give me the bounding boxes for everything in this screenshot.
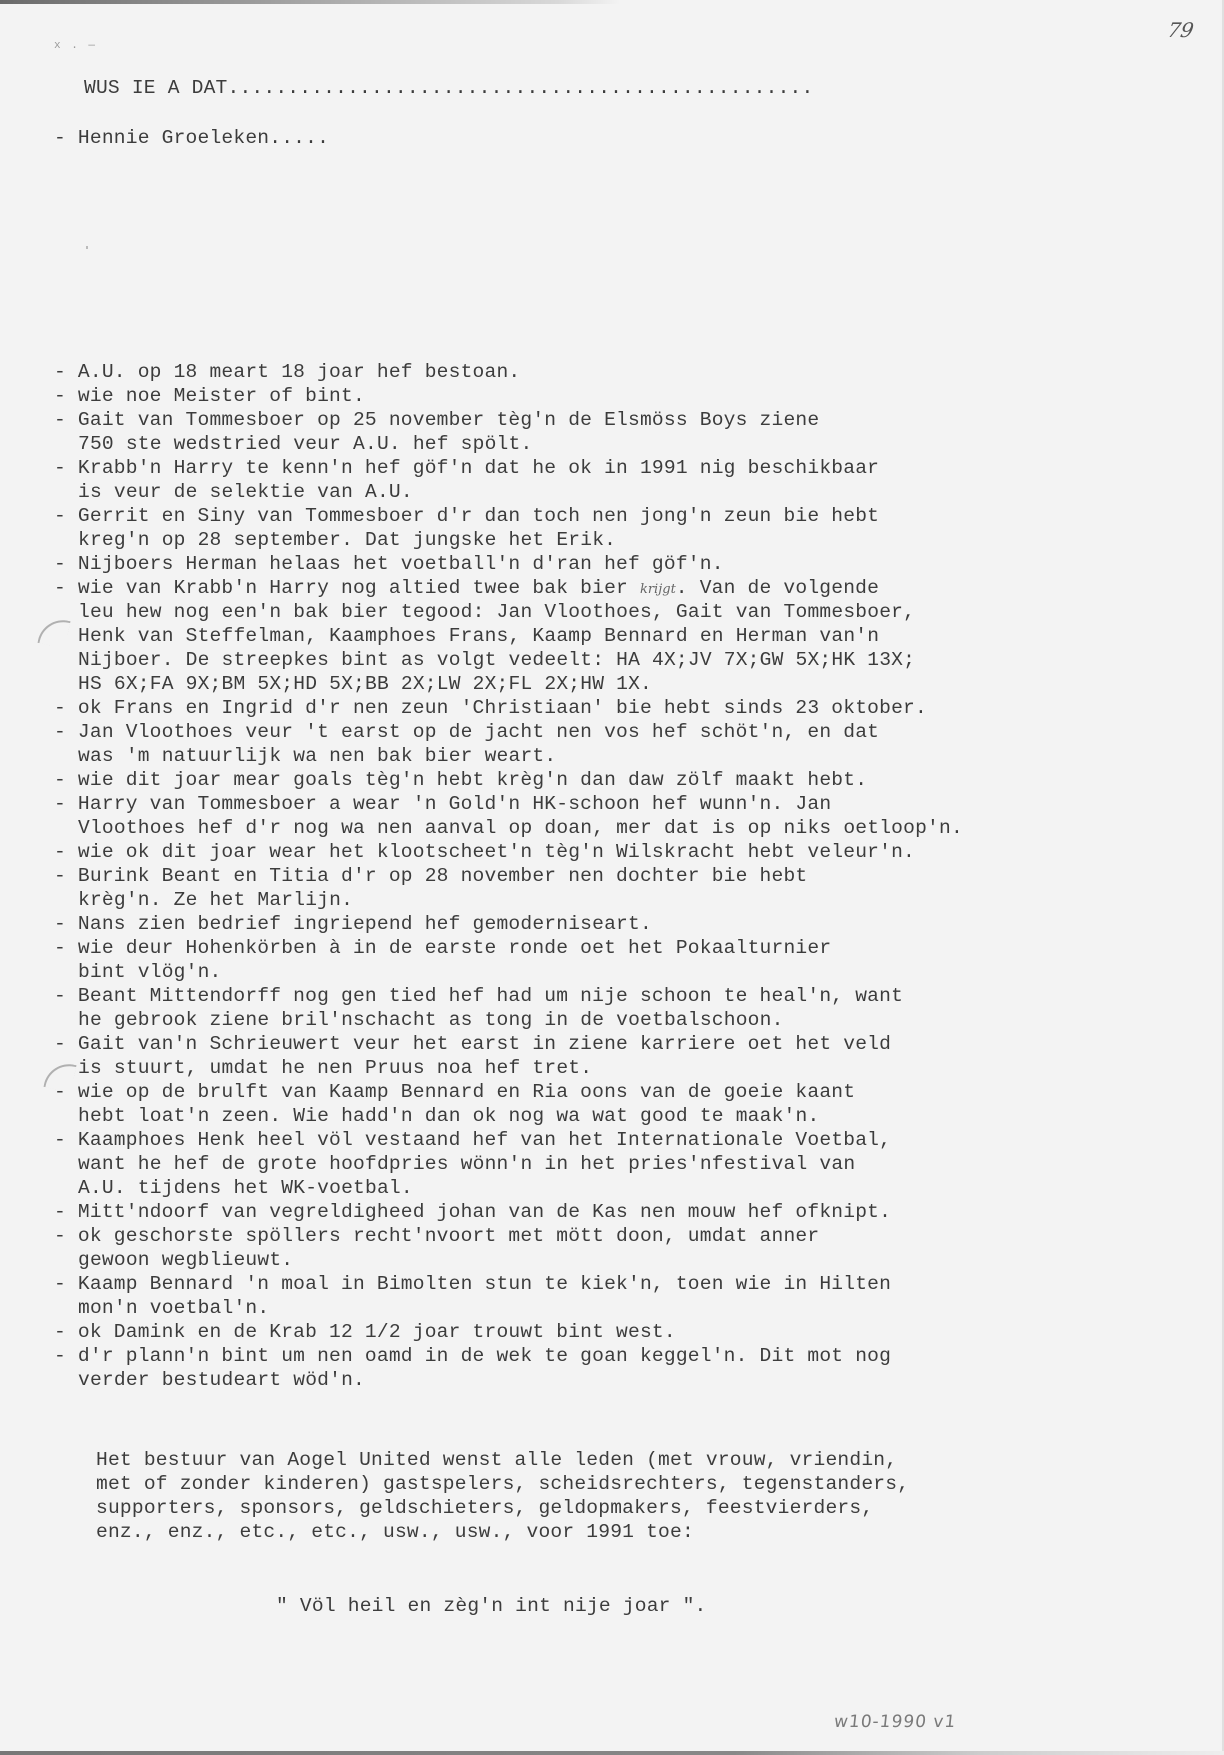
list-item-continuation: want he hef de grote hoofdpries wönn'n i… <box>54 1152 963 1176</box>
list-item: wie op de brulft van Kaamp Bennard en Ri… <box>54 1080 963 1128</box>
list-item: Kaamp Bennard 'n moal in Bimolten stun t… <box>54 1272 963 1320</box>
list-item-continuation: is veur de selektie van A.U. <box>54 480 963 504</box>
list-item-continuation: A.U. tijdens het WK-voetbal. <box>54 1176 963 1200</box>
list-item-text: wie dit joar mear goals tèg'n hebt krèg'… <box>54 768 963 792</box>
list-item-continuation: verder bestudeart wöd'n. <box>54 1368 963 1392</box>
list-item-continuation: he gebrook ziene bril'nschacht as tong i… <box>54 1008 963 1032</box>
list-item: d'r plann'n bint um nen oamd in de wek t… <box>54 1344 963 1392</box>
list-item-text: d'r plann'n bint um nen oamd in de wek t… <box>54 1344 963 1368</box>
list-item: wie dit joar mear goals tèg'n hebt krèg'… <box>54 768 963 792</box>
list-item-text: Gerrit en Siny van Tommesboer d'r dan to… <box>54 504 963 528</box>
list-item: Harry van Tommesboer a wear 'n Gold'n HK… <box>54 792 963 840</box>
list-item-text: Nijboers Herman helaas het voetball'n d'… <box>54 552 963 576</box>
list-item-continuation: 750 ste wedstried veur A.U. hef spölt. <box>54 432 963 456</box>
list-item: Gerrit en Siny van Tommesboer d'r dan to… <box>54 504 963 552</box>
list-item-continuation: krèg'n. Ze het Marlijn. <box>54 888 963 912</box>
list-item: Mitt'ndoorf van vegreldigheed johan van … <box>54 1200 963 1224</box>
list-item: A.U. op 18 meart 18 joar hef bestoan. <box>54 360 963 384</box>
list-item: ok geschorste spöllers recht'nvoort met … <box>54 1224 963 1272</box>
list-item-text: ok geschorste spöllers recht'nvoort met … <box>54 1224 963 1248</box>
closing-line: met of zonder kinderen) gastspelers, sch… <box>96 1472 909 1496</box>
list-item-continuation: Vloothoes hef d'r nog wa nen aanval op d… <box>54 816 963 840</box>
list-item-text: wie ok dit joar wear het klootscheet'n t… <box>54 840 963 864</box>
list-item-continuation: was 'm natuurlijk wa nen bak bier weart. <box>54 744 963 768</box>
list-item-text: Kaamphoes Henk heel völ vestaand hef van… <box>54 1128 963 1152</box>
handwritten-archive-code: w10-1990 v1 <box>833 1712 957 1732</box>
list-item-continuation: Nijboer. De streepkes bint as volgt vede… <box>54 648 963 672</box>
list-item-continuation: bint vlög'n. <box>54 960 963 984</box>
list-item-text: Kaamp Bennard 'n moal in Bimolten stun t… <box>54 1272 963 1296</box>
closing-line: enz., enz., etc., etc., usw., usw., voor… <box>96 1520 909 1544</box>
list-item-text: Harry van Tommesboer a wear 'n Gold'n HK… <box>54 792 963 816</box>
list-item-continuation: mon'n voetbal'n. <box>54 1296 963 1320</box>
list-item: Kaamphoes Henk heel völ vestaand hef van… <box>54 1128 963 1200</box>
closing-line: supporters, sponsors, geldschieters, gel… <box>96 1496 909 1520</box>
list-item: Krabb'n Harry te kenn'n hef göf'n dat he… <box>54 456 963 504</box>
news-items-list: A.U. op 18 meart 18 joar hef bestoan.wie… <box>54 360 963 1392</box>
list-item-continuation: is stuurt, umdat he nen Pruus noa hef tr… <box>54 1056 963 1080</box>
list-item: ok Damink en de Krab 12 1/2 joar trouwt … <box>54 1320 963 1344</box>
list-item-text: Burink Beant en Titia d'r op 28 november… <box>54 864 963 888</box>
stray-mark <box>86 246 88 249</box>
list-item-text: Mitt'ndoorf van vegreldigheed johan van … <box>54 1200 963 1224</box>
list-item-text: Gait van'n Schrieuwert veur het earst in… <box>54 1032 963 1056</box>
list-item: wie noe Meister of bint. <box>54 384 963 408</box>
list-item: Nijboers Herman helaas het voetball'n d'… <box>54 552 963 576</box>
list-item-text: ok Damink en de Krab 12 1/2 joar trouwt … <box>54 1320 963 1344</box>
list-item-text: A.U. op 18 meart 18 joar hef bestoan. <box>54 360 963 384</box>
list-item-text: Gait van Tommesboer op 25 november tèg'n… <box>54 408 963 432</box>
list-item-text: wie noe Meister of bint. <box>54 384 963 408</box>
document-page: 79 x . — WUS IE A DAT...................… <box>0 0 1224 1755</box>
list-item: ok Frans en Ingrid d'r nen zeun 'Christi… <box>54 696 963 720</box>
list-item-continuation: gewoon wegblieuwt. <box>54 1248 963 1272</box>
list-item-continuation: leu hew nog een'n bak bier tegood: Jan V… <box>54 600 963 624</box>
list-item-text: Krabb'n Harry te kenn'n hef göf'n dat he… <box>54 456 963 480</box>
list-item-text: wie op de brulft van Kaamp Bennard en Ri… <box>54 1080 963 1104</box>
list-item: wie van Krabb'n Harry nog altied twee ba… <box>54 576 963 696</box>
scan-top-edge <box>0 0 620 4</box>
list-item-continuation: hebt loat'n zeen. Wie hadd'n dan ok nog … <box>54 1104 963 1128</box>
list-item: Nans zien bedrief ingriepend hef gemoder… <box>54 912 963 936</box>
list-item-text: wie deur Hohenkörben à in de earste rond… <box>54 936 963 960</box>
list-item-text: Beant Mittendorff nog gen tied hef had u… <box>54 984 963 1008</box>
list-item-continuation: HS 6X;FA 9X;BM 5X;HD 5X;BB 2X;LW 2X;FL 2… <box>54 672 963 696</box>
scan-bottom-edge <box>0 1751 1224 1755</box>
list-item-text: wie van Krabb'n Harry nog altied twee ba… <box>54 576 963 600</box>
list-item: wie deur Hohenkörben à in de earste rond… <box>54 936 963 984</box>
list-item-text: Nans zien bedrief ingriepend hef gemoder… <box>54 912 963 936</box>
new-year-wish: " Völ heil en zèg'n int nije joar ". <box>276 1594 707 1618</box>
list-item: Gait van Tommesboer op 25 november tèg'n… <box>54 408 963 456</box>
handwritten-correction: krijgt <box>640 582 676 597</box>
list-item-text: Jan Vloothoes veur 't earst op de jacht … <box>54 720 963 744</box>
handwritten-page-number: 79 <box>1166 18 1196 42</box>
list-item-text: ok Frans en Ingrid d'r nen zeun 'Christi… <box>54 696 963 720</box>
closing-line: Het bestuur van Aogel United wenst alle … <box>96 1448 909 1472</box>
list-item: wie ok dit joar wear het klootscheet'n t… <box>54 840 963 864</box>
list-item-continuation: kreg'n op 28 september. Dat jungske het … <box>54 528 963 552</box>
list-item: Beant Mittendorff nog gen tied hef had u… <box>54 984 963 1032</box>
document-heading: WUS IE A DAT............................… <box>84 76 813 100</box>
list-item: Burink Beant en Titia d'r op 28 november… <box>54 864 963 912</box>
list-item-continuation: Henk van Steffelman, Kaamphoes Frans, Ka… <box>54 624 963 648</box>
list-item: Gait van'n Schrieuwert veur het earst in… <box>54 1032 963 1080</box>
list-item: Jan Vloothoes veur 't earst op de jacht … <box>54 720 963 768</box>
document-subheading: - Hennie Groeleken..... <box>54 126 329 150</box>
corner-mark: x . — <box>54 40 97 52</box>
closing-paragraph: Het bestuur van Aogel United wenst alle … <box>96 1448 909 1544</box>
